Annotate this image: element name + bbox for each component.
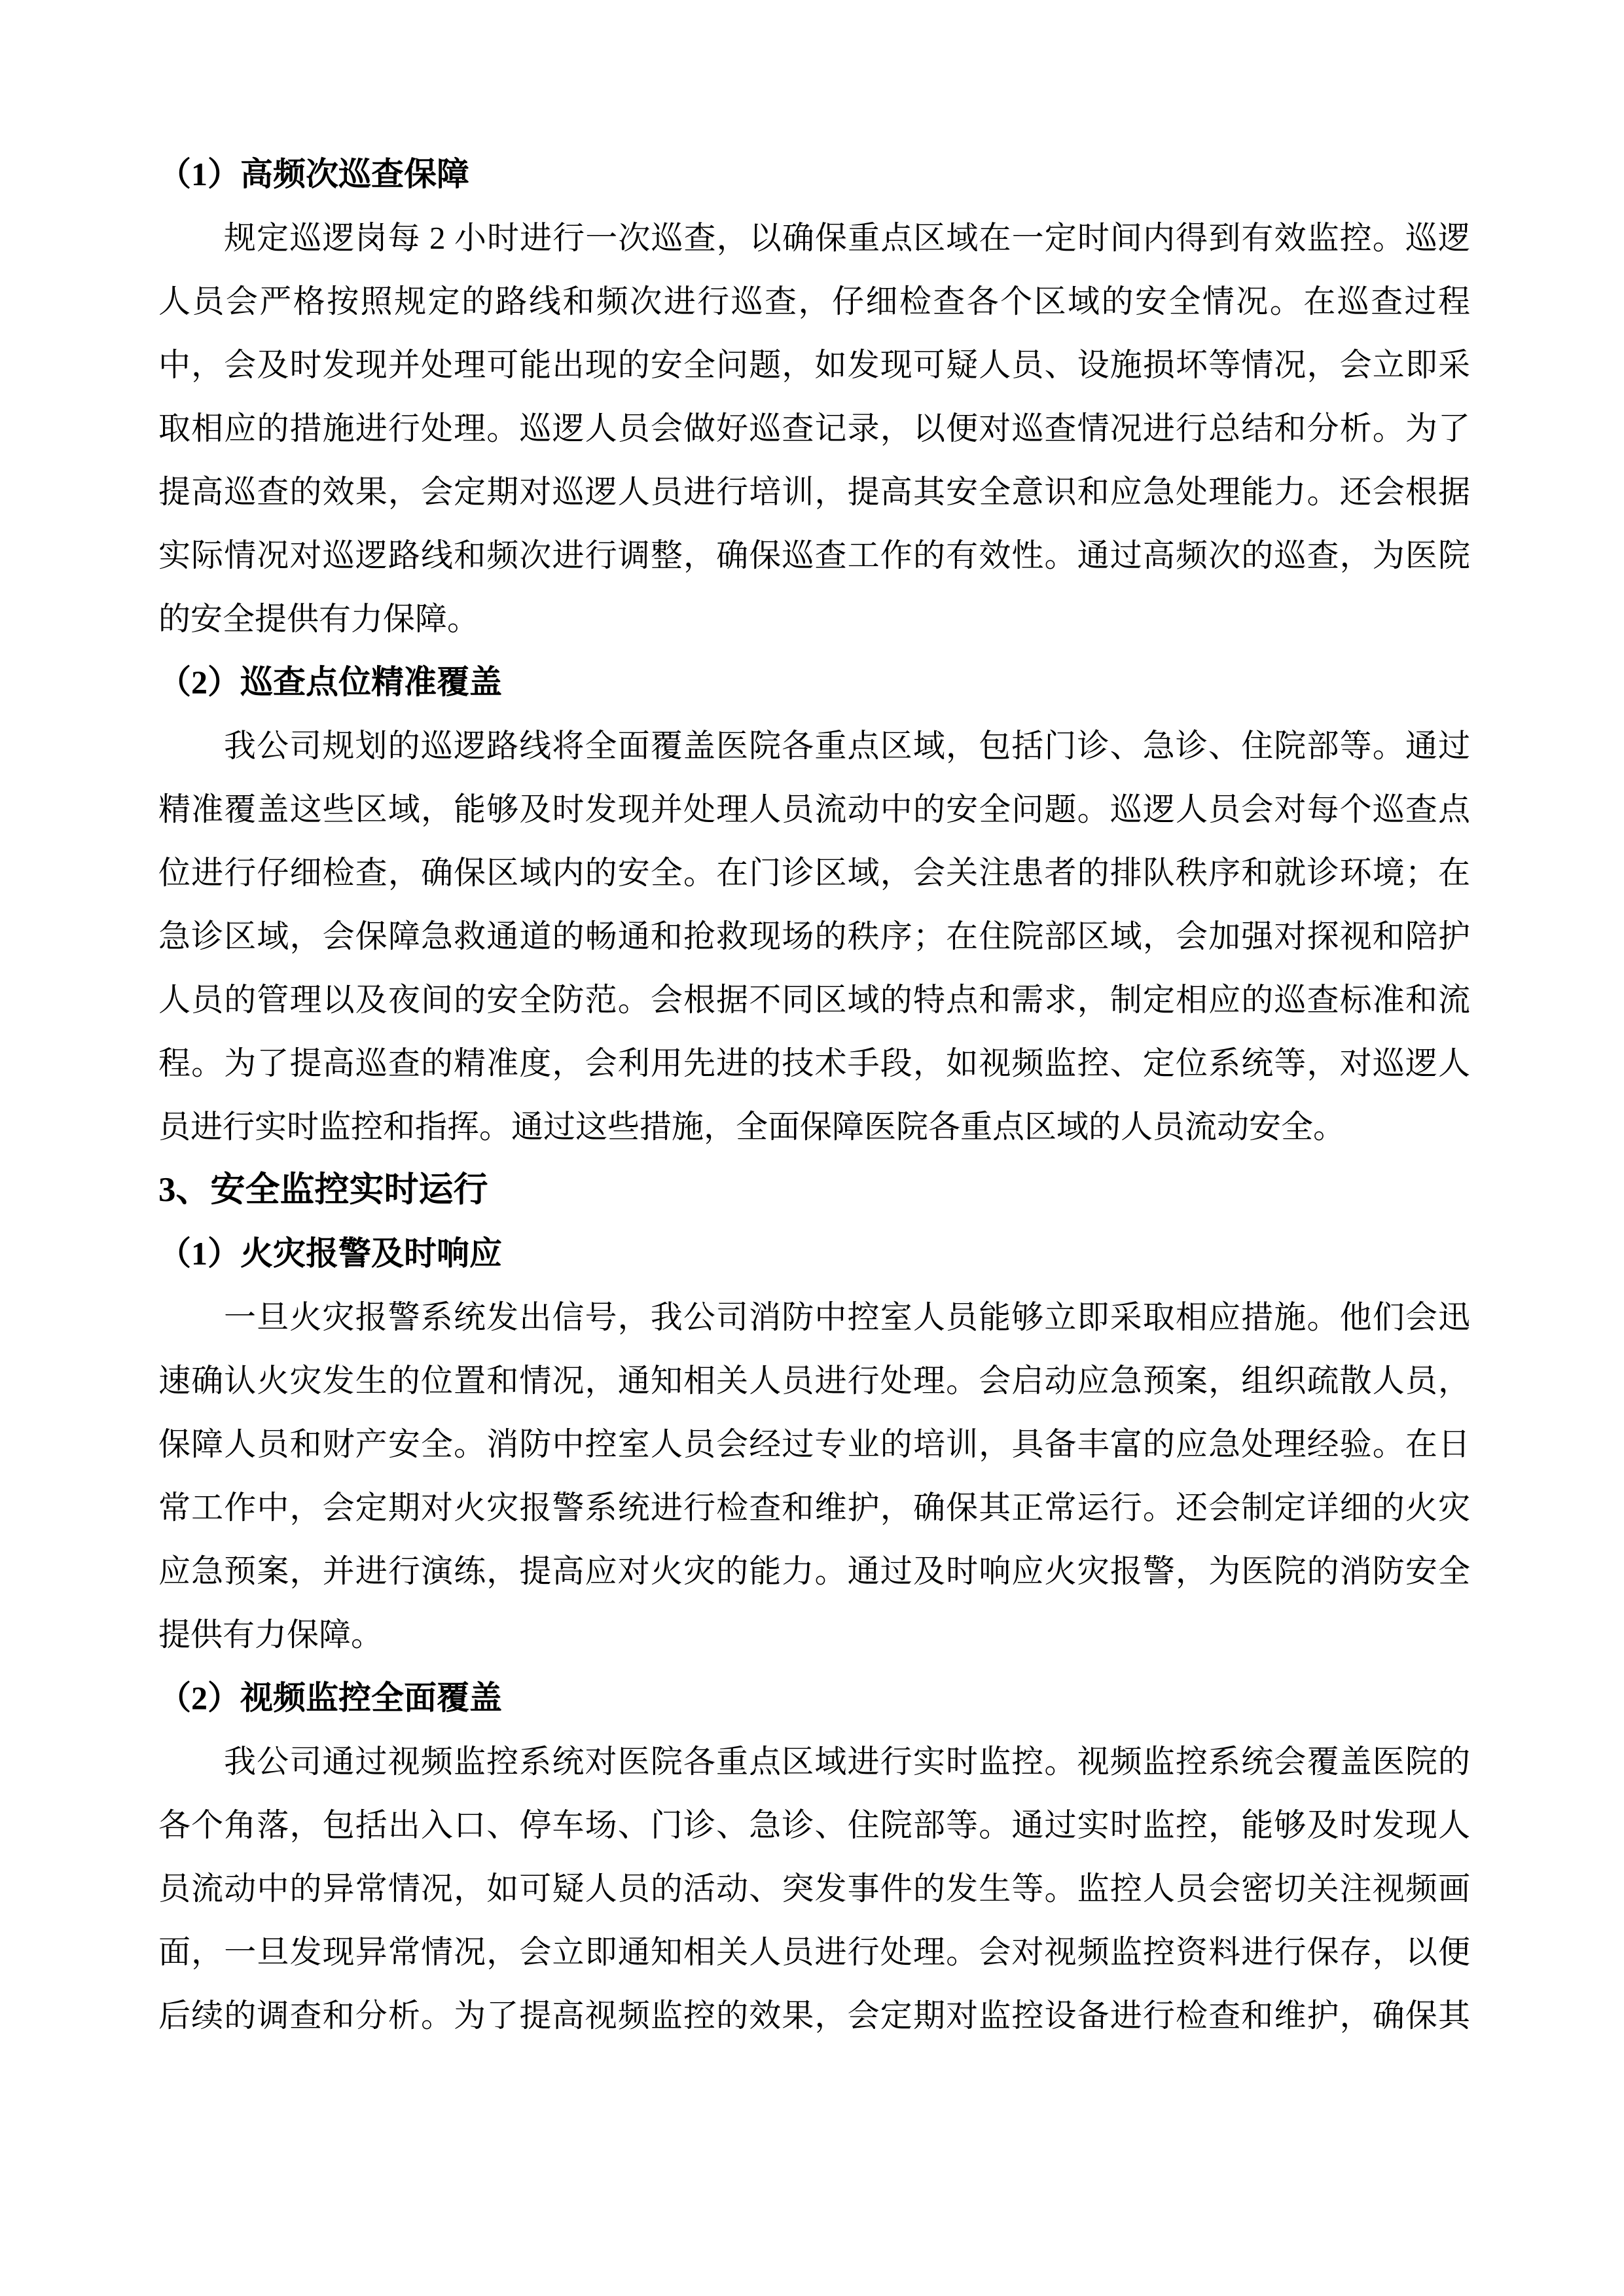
paragraph-line: 我公司通过视频监控系统对医院各重点区域进行实时监控。视频监控系统会覆盖医院的: [158, 1730, 1470, 1793]
paragraph-line: 精准覆盖这些区域，能够及时发现并处理人员流动中的安全问题。巡逻人员会对每个巡查点: [158, 778, 1470, 841]
document-body: （1）高频次巡查保障 规定巡逻岗每 2 小时进行一次巡查，以确保重点区域在一定时…: [158, 143, 1470, 2047]
section-heading: （1）高频次巡查保障: [158, 143, 1470, 206]
paragraph-line: 速确认火灾发生的位置和情况，通知相关人员进行处理。会启动应急预案，组织疏散人员，: [158, 1349, 1470, 1412]
paragraph-line: 员流动中的异常情况，如可疑人员的活动、突发事件的发生等。监控人员会密切关注视频画: [158, 1857, 1470, 1920]
paragraph-line: 常工作中，会定期对火灾报警系统进行检查和维护，确保其正常运行。还会制定详细的火灾: [158, 1476, 1470, 1539]
paragraph-line: 一旦火灾报警系统发出信号，我公司消防中控室人员能够立即采取相应措施。他们会迅: [158, 1285, 1470, 1349]
paragraph-line: 应急预案，并进行演练，提高应对火灾的能力。通过及时响应火灾报警，为医院的消防安全: [158, 1539, 1470, 1603]
section-heading: （2）视频监控全面覆盖: [158, 1666, 1470, 1730]
paragraph-line: 员进行实时监控和指挥。通过这些措施，全面保障医院各重点区域的人员流动安全。: [158, 1095, 1470, 1158]
paragraph-line: 人员的管理以及夜间的安全防范。会根据不同区域的特点和需求，制定相应的巡查标准和流: [158, 968, 1470, 1031]
paragraph-line: 中，会及时发现并处理可能出现的安全问题，如发现可疑人员、设施损坏等情况，会立即采: [158, 333, 1470, 397]
paragraph-line: 各个角落，包括出入口、停车场、门诊、急诊、住院部等。通过实时监控，能够及时发现人: [158, 1793, 1470, 1857]
paragraph-line: 人员会严格按照规定的路线和频次进行巡查，仔细检查各个区域的安全情况。在巡查过程: [158, 270, 1470, 333]
paragraph-line: 提供有力保障。: [158, 1603, 1470, 1666]
section-heading: （2）巡查点位精准覆盖: [158, 651, 1470, 714]
paragraph-line: 实际情况对巡逻路线和频次进行调整，确保巡查工作的有效性。通过高频次的巡查，为医院: [158, 524, 1470, 587]
paragraph-line: 的安全提供有力保障。: [158, 587, 1470, 651]
paragraph-line: 提高巡查的效果，会定期对巡逻人员进行培训，提高其安全意识和应急处理能力。还会根据: [158, 460, 1470, 524]
paragraph-line: 我公司规划的巡逻路线将全面覆盖医院各重点区域，包括门诊、急诊、住院部等。通过: [158, 714, 1470, 778]
paragraph-line: 保障人员和财产安全。消防中控室人员会经过专业的培训，具备丰富的应急处理经验。在日: [158, 1412, 1470, 1476]
document-page: （1）高频次巡查保障 规定巡逻岗每 2 小时进行一次巡查，以确保重点区域在一定时…: [0, 0, 1624, 2296]
paragraph-line: 位进行仔细检查，确保区域内的安全。在门诊区域，会关注患者的排队秩序和就诊环境；在: [158, 841, 1470, 905]
paragraph-line: 取相应的措施进行处理。巡逻人员会做好巡查记录，以便对巡查情况进行总结和分析。为了: [158, 397, 1470, 460]
paragraph-line: 后续的调查和分析。为了提高视频监控的效果，会定期对监控设备进行检查和维护，确保其: [158, 1984, 1470, 2047]
paragraph-line: 面，一旦发现异常情况，会立即通知相关人员进行处理。会对视频监控资料进行保存，以便: [158, 1920, 1470, 1984]
paragraph-line: 程。为了提高巡查的精准度，会利用先进的技术手段，如视频监控、定位系统等，对巡逻人: [158, 1031, 1470, 1095]
section-heading: 3、安全监控实时运行: [158, 1158, 1470, 1222]
paragraph-line: 规定巡逻岗每 2 小时进行一次巡查，以确保重点区域在一定时间内得到有效监控。巡逻: [158, 206, 1470, 270]
section-heading: （1）火灾报警及时响应: [158, 1222, 1470, 1285]
paragraph-line: 急诊区域，会保障急救通道的畅通和抢救现场的秩序；在住院部区域，会加强对探视和陪护: [158, 905, 1470, 968]
